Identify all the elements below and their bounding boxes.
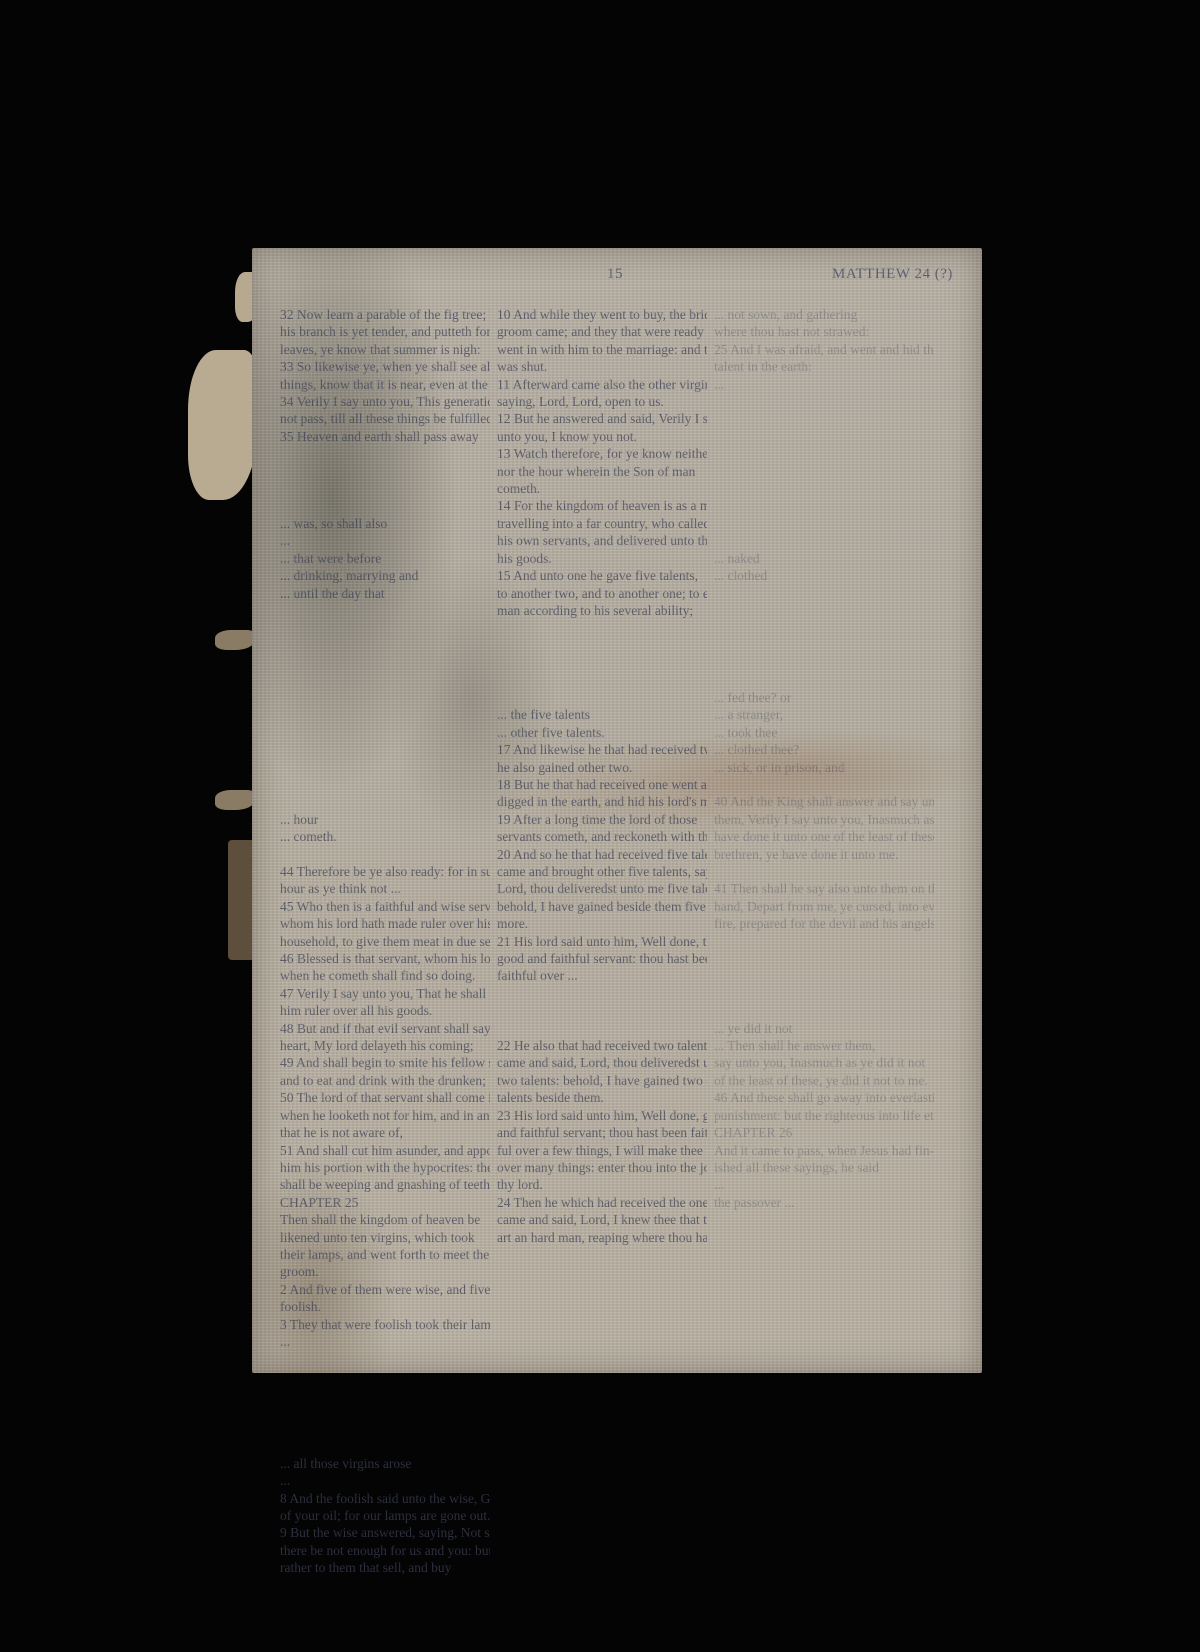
text-line: 48 But and if that evil servant shall sa… <box>280 1020 490 1037</box>
text-line: likened unto ten virgins, which took <box>280 1229 490 1246</box>
text-line: 34 Verily I say unto you, This generatio… <box>280 393 490 410</box>
text-line: 14 For the kingdom of heaven is as a man <box>497 497 707 514</box>
text-line: good and faithful servant: thou hast bee… <box>497 950 707 967</box>
text-line: behold, I have gained beside them five t… <box>497 898 707 915</box>
text-line <box>280 654 490 671</box>
text-line: things, know that it is near, even at th… <box>280 376 490 393</box>
text-line <box>714 602 934 619</box>
bible-page: 15 MATTHEW 24 (?) 32 Now learn a parable… <box>252 248 982 1373</box>
text-line <box>280 602 490 619</box>
text-line <box>280 637 490 654</box>
text-line: say unto you, Inasmuch as ye did it not <box>714 1054 934 1071</box>
text-line: ... <box>280 1472 490 1489</box>
text-line: Then shall the kingdom of heaven be <box>280 1211 490 1228</box>
text-line: 12 But he answered and said, Verily I sa… <box>497 410 707 427</box>
text-line: saying, Lord, Lord, open to us. <box>497 393 707 410</box>
text-line: punishment: but the righteous into life … <box>714 1107 934 1124</box>
text-line: ... cometh. <box>280 828 490 845</box>
text-line: came and said, Lord, I knew thee that th… <box>497 1211 707 1228</box>
text-line: And it came to pass, when Jesus had fin- <box>714 1142 934 1159</box>
text-line <box>280 1385 490 1402</box>
text-line <box>714 672 934 689</box>
text-line <box>280 1403 490 1420</box>
text-line: ... until the day that <box>280 585 490 602</box>
text-line: ... <box>714 1176 934 1193</box>
text-line: groom. <box>280 1263 490 1280</box>
text-line: him his portion with the hypocrites: the… <box>280 1159 490 1176</box>
text-line: ... all those virgins arose <box>280 1455 490 1472</box>
text-line <box>280 759 490 776</box>
text-line: 17 And likewise he that had received two… <box>497 741 707 758</box>
text-line: talent in the earth: <box>714 358 934 375</box>
text-line <box>280 706 490 723</box>
text-line <box>497 672 707 689</box>
text-line <box>714 933 934 950</box>
torn-paper-fragment <box>215 790 255 810</box>
text-line <box>714 463 934 480</box>
text-line <box>280 1350 490 1367</box>
text-line: 40 And the King shall answer and say unt… <box>714 793 934 810</box>
text-line: brethren, ye have done it unto me. <box>714 846 934 863</box>
text-line: talents beside them. <box>497 1089 707 1106</box>
text-line: 50 The lord of that servant shall come i… <box>280 1089 490 1106</box>
text-line: came and brought other five talents, say… <box>497 863 707 880</box>
text-line <box>280 619 490 636</box>
text-line: 15 And unto one he gave five talents, <box>497 567 707 584</box>
text-line: 2 And five of them were wise, and five w… <box>280 1281 490 1298</box>
text-column-right: ... not sown, and gatheringwhere thou ha… <box>714 306 934 1211</box>
page-number: 15 <box>607 266 623 283</box>
text-line: whom his lord hath made ruler over his <box>280 915 490 932</box>
text-line: 22 He also that had received two talents <box>497 1037 707 1054</box>
text-line: his branch is yet tender, and putteth fo… <box>280 323 490 340</box>
text-line: of the least of these, ye did it not to … <box>714 1072 934 1089</box>
text-line: his own servants, and delivered unto the… <box>497 532 707 549</box>
text-column-middle: 10 And while they went to buy, the bride… <box>497 306 707 1246</box>
text-line: ... the five talents <box>497 706 707 723</box>
text-line: 23 His lord said unto him, Well done, go… <box>497 1107 707 1124</box>
text-line: 9 But the wise answered, saying, Not so;… <box>280 1524 490 1541</box>
text-line: man according to his several ability; <box>497 602 707 619</box>
text-line <box>714 480 934 497</box>
text-line: and faithful servant; thou hast been fai… <box>497 1124 707 1141</box>
text-line: digged in the earth, and hid his lord's … <box>497 793 707 810</box>
text-line <box>714 497 934 514</box>
running-head: MATTHEW 24 (?) <box>832 266 953 283</box>
text-line: leaves, ye know that summer is nigh: <box>280 341 490 358</box>
text-line <box>714 863 934 880</box>
text-line: 3 They that were foolish took their lamp… <box>280 1316 490 1333</box>
text-line: was shut. <box>497 358 707 375</box>
text-line <box>714 445 934 462</box>
text-line <box>714 637 934 654</box>
text-line <box>497 985 707 1002</box>
text-line <box>280 741 490 758</box>
text-line: to another two, and to another one; to e… <box>497 585 707 602</box>
text-line: 47 Verily I say unto you, That he shall … <box>280 985 490 1002</box>
text-line: ... hour <box>280 811 490 828</box>
text-line: and to eat and drink with the drunken; <box>280 1072 490 1089</box>
text-line <box>714 532 934 549</box>
text-line <box>714 619 934 636</box>
text-line: 11 Afterward came also the other virgins… <box>497 376 707 393</box>
text-line: 46 Blessed is that servant, whom his lor… <box>280 950 490 967</box>
text-line <box>280 1368 490 1385</box>
text-line: ... not sown, and gathering <box>714 306 934 323</box>
text-line: their lamps, and went forth to meet the … <box>280 1246 490 1263</box>
text-column-left: 32 Now learn a parable of the fig tree; … <box>280 306 490 1577</box>
text-line: not pass, till all these things be fulfi… <box>280 410 490 427</box>
text-line <box>714 950 934 967</box>
text-line <box>280 672 490 689</box>
text-line: ... clothed thee? <box>714 741 934 758</box>
text-line <box>714 515 934 532</box>
text-line <box>280 480 490 497</box>
text-line: him ruler over all his goods. <box>280 1002 490 1019</box>
text-line: CHAPTER 26 <box>714 1124 934 1141</box>
text-line <box>280 689 490 706</box>
torn-paper-fragment <box>215 630 255 650</box>
text-line <box>497 689 707 706</box>
text-line: went in with him to the marriage: and th… <box>497 341 707 358</box>
text-line: where thou hast not strawed: <box>714 323 934 340</box>
text-line: two talents: behold, I have gained two o… <box>497 1072 707 1089</box>
text-line <box>714 1002 934 1019</box>
text-line: them, Verily I say unto you, Inasmuch as… <box>714 811 934 828</box>
text-line: 10 And while they went to buy, the bride… <box>497 306 707 323</box>
text-line: shall be weeping and gnashing of teeth. <box>280 1176 490 1193</box>
text-line <box>497 637 707 654</box>
text-line <box>497 654 707 671</box>
text-line: ... clothed <box>714 567 934 584</box>
text-line: ... other five talents. <box>497 724 707 741</box>
text-line: came and said, Lord, thou deliveredst un… <box>497 1054 707 1071</box>
text-line <box>280 776 490 793</box>
text-line: hand, Depart from me, ye cursed, into ev… <box>714 898 934 915</box>
text-line: have done it unto one of the least of th… <box>714 828 934 845</box>
text-line: his goods. <box>497 550 707 567</box>
text-line <box>280 1420 490 1437</box>
text-line: ished all these sayings, he said <box>714 1159 934 1176</box>
text-line: ful over a few things, I will make thee … <box>497 1142 707 1159</box>
text-line <box>280 445 490 462</box>
text-line: ... that were before <box>280 550 490 567</box>
text-line: rather to them that sell, and buy <box>280 1559 490 1576</box>
text-line <box>280 463 490 480</box>
text-line: foolish. <box>280 1298 490 1315</box>
text-line: household, to give them meat in due seas… <box>280 933 490 950</box>
text-line: CHAPTER 25 <box>280 1194 490 1211</box>
text-line: ... <box>714 376 934 393</box>
text-line <box>280 497 490 514</box>
text-line: over many things: enter thou into the jo… <box>497 1159 707 1176</box>
text-line <box>280 846 490 863</box>
text-line: nor the hour wherein the Son of man <box>497 463 707 480</box>
text-line: more. <box>497 915 707 932</box>
text-line: heart, My lord delayeth his coming; <box>280 1037 490 1054</box>
text-line: 41 Then shall he say also unto them on t… <box>714 880 934 897</box>
text-line: when he looketh not for him, and in an h… <box>280 1107 490 1124</box>
text-line: when he cometh shall find so doing. <box>280 967 490 984</box>
text-line: ... <box>280 532 490 549</box>
text-line: Lord, thou deliveredst unto me five tale… <box>497 880 707 897</box>
text-line: 18 But he that had received one went and <box>497 776 707 793</box>
text-line: 51 And shall cut him asunder, and appoin… <box>280 1142 490 1159</box>
text-line <box>280 793 490 810</box>
text-line: 8 And the foolish said unto the wise, Gi… <box>280 1490 490 1507</box>
text-line: groom came; and they that were ready <box>497 323 707 340</box>
text-line <box>714 585 934 602</box>
text-line: faithful over ... <box>497 967 707 984</box>
text-line <box>714 393 934 410</box>
text-line <box>280 724 490 741</box>
text-line <box>714 654 934 671</box>
text-line: 49 And shall begin to smite his fellow s… <box>280 1054 490 1071</box>
text-line: 21 His lord said unto him, Well done, th… <box>497 933 707 950</box>
text-line <box>714 985 934 1002</box>
text-line: 44 Therefore be ye also ready: for in su… <box>280 863 490 880</box>
text-line: ... ye did it not <box>714 1020 934 1037</box>
text-line: ... was, so shall also <box>280 515 490 532</box>
text-line <box>714 428 934 445</box>
text-line <box>714 967 934 984</box>
text-line: 24 Then he which had received the one ta… <box>497 1194 707 1211</box>
text-line: 46 And these shall go away into everlast… <box>714 1089 934 1106</box>
text-line: cometh. <box>497 480 707 497</box>
text-line: ... a stranger, <box>714 706 934 723</box>
text-line: fire, prepared for the devil and his ang… <box>714 915 934 932</box>
text-line: the passover ... <box>714 1194 934 1211</box>
text-line <box>280 1437 490 1454</box>
text-line: servants cometh, and reckoneth with them… <box>497 828 707 845</box>
text-line: there be not enough for us and you: but … <box>280 1542 490 1559</box>
text-line: 45 Who then is a faithful and wise serva… <box>280 898 490 915</box>
text-line: ... drinking, marrying and <box>280 567 490 584</box>
torn-paper-fragment <box>188 350 258 500</box>
text-line: ... naked <box>714 550 934 567</box>
text-line: ... took thee <box>714 724 934 741</box>
text-line: 25 And I was afraid, and went and hid th… <box>714 341 934 358</box>
text-line: travelling into a far country, who calle… <box>497 515 707 532</box>
text-line: unto you, I know you not. <box>497 428 707 445</box>
text-line: 33 So likewise ye, when ye shall see all… <box>280 358 490 375</box>
text-line: ... Then shall he answer them, <box>714 1037 934 1054</box>
text-line: ... sick, or in prison, and <box>714 759 934 776</box>
text-line: thy lord. <box>497 1176 707 1193</box>
text-line <box>497 1002 707 1019</box>
text-line: ... fed thee? or <box>714 689 934 706</box>
text-line: hour as ye think not ... <box>280 880 490 897</box>
text-line: 35 Heaven and earth shall pass away <box>280 428 490 445</box>
text-line: of your oil; for our lamps are gone out. <box>280 1507 490 1524</box>
text-line <box>497 619 707 636</box>
text-line: he also gained other two. <box>497 759 707 776</box>
text-line: that he is not aware of, <box>280 1124 490 1141</box>
text-line <box>714 776 934 793</box>
text-line <box>497 1020 707 1037</box>
text-line: 13 Watch therefore, for ye know neither … <box>497 445 707 462</box>
text-line: 19 After a long time the lord of those <box>497 811 707 828</box>
text-line: art an hard man, reaping where thou hast <box>497 1229 707 1246</box>
text-line: 20 And so he that had received five tale… <box>497 846 707 863</box>
text-line: 32 Now learn a parable of the fig tree; … <box>280 306 490 323</box>
text-line: ... <box>280 1333 490 1350</box>
text-line <box>714 410 934 427</box>
